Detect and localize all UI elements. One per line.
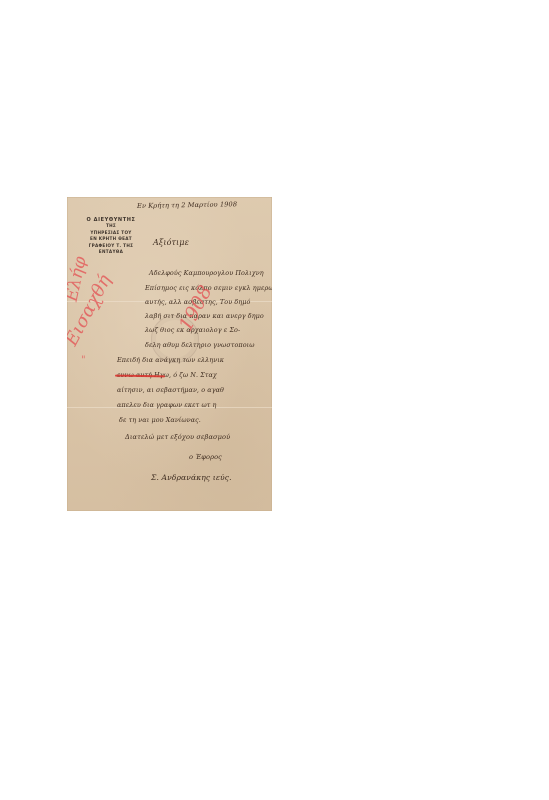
body-line: δε τη ναι μου Χανίωνας. <box>119 416 243 424</box>
closing-title: ο Έφορος <box>189 453 222 461</box>
body-line: δελη αθυμ δελτηριο γνωστοποιω <box>145 341 269 349</box>
body-line: αίτησιν, αι σεβαστήμαν, ο αγαθ <box>117 386 241 394</box>
red-annotation-quote-mark: " <box>81 355 86 366</box>
body-line: απελευ δια γραφων εκετ ωτ η <box>117 401 241 409</box>
signature: Σ. Ανδρανάκης ιεύς. <box>151 473 232 482</box>
letterhead: Ο ΔΙΕΥΘΥΝΤΗΣ ΤΗΣ ΥΠΗΡΕΣΙΑΣ ΤΟΥ ΕΝ ΚΡΗΤΗ … <box>71 217 151 255</box>
salutation: Αξιότιμε <box>153 238 189 247</box>
date-line: Εν Κρήτη τη 2 Μαρτίου 1908 <box>137 200 237 210</box>
scanned-letter: Ο ΔΙΕΥΘΥΝΤΗΣ ΤΗΣ ΥΠΗΡΕΣΙΑΣ ΤΟΥ ΕΝ ΚΡΗΤΗ … <box>67 197 272 511</box>
letterhead-line: ΕΝΤΑΥΘΑ <box>71 249 151 255</box>
closing-line: Διατελώ μετ εξόχου σεβασμού <box>125 433 230 441</box>
body-line: Αδελφούς Καμπουρογλου Πολιχνη <box>149 269 272 277</box>
page-canvas: Ο ΔΙΕΥΘΥΝΤΗΣ ΤΗΣ ΥΠΗΡΕΣΙΑΣ ΤΟΥ ΕΝ ΚΡΗΤΗ … <box>0 0 549 800</box>
body-line: Επειδή δια ανάγκη των ελληνικ <box>117 356 241 364</box>
body-line: λαβή σιτ δια παραν και ανεργ δημο <box>145 312 269 320</box>
body-line: λωζ θιος εκ αρχαιολογ ε Σο- <box>145 326 269 334</box>
